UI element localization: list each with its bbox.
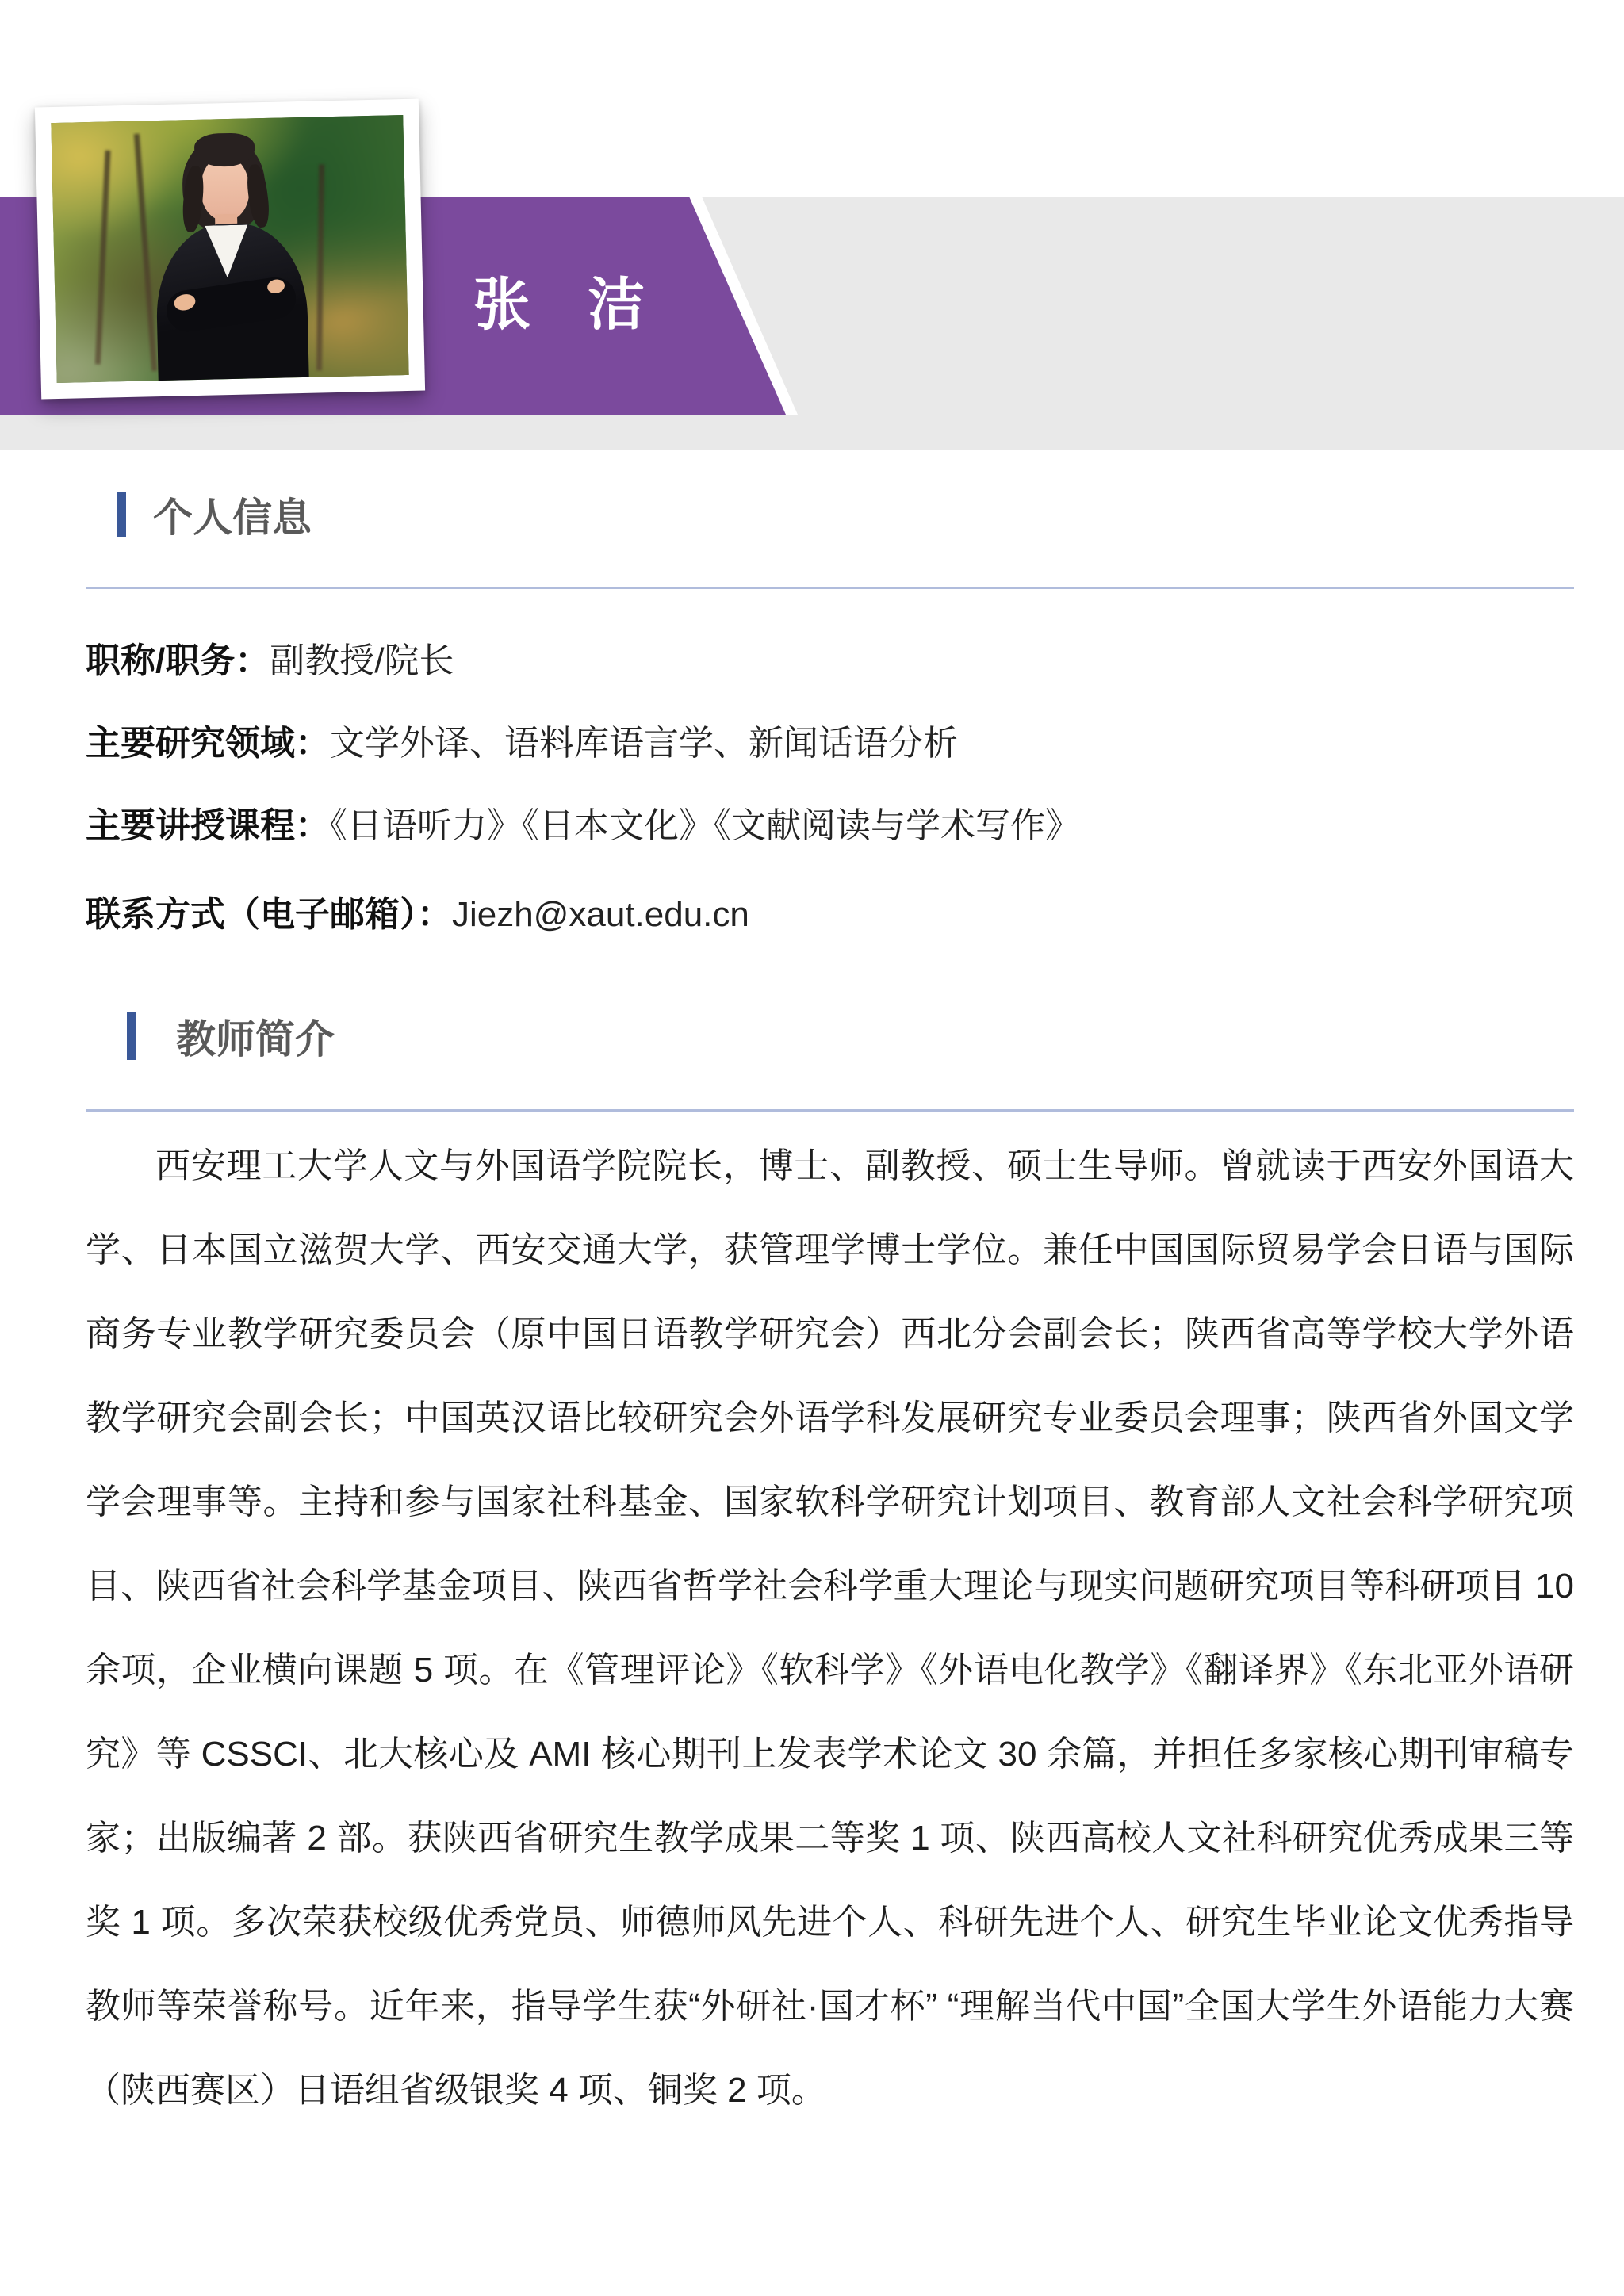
portrait-photo bbox=[51, 115, 408, 383]
section-accent-bar bbox=[117, 492, 126, 537]
section-accent-bar bbox=[127, 1012, 136, 1060]
teacher-name: 张 洁 bbox=[428, 268, 690, 342]
faculty-profile-page: 张 洁 个人信息 bbox=[0, 0, 1624, 2296]
section-divider bbox=[86, 1109, 1574, 1112]
section-header-personal-info: 个人信息 bbox=[117, 492, 312, 537]
info-value-email: Jiezh@xaut.edu.cn bbox=[452, 895, 749, 934]
info-row-contact-email: 联系方式（电子邮箱）：Jiezh@xaut.edu.cn bbox=[86, 893, 749, 937]
section-header-bio: 教师简介 bbox=[127, 1012, 335, 1060]
info-label: 主要讲授课程： bbox=[86, 806, 330, 845]
section-title: 个人信息 bbox=[153, 486, 312, 543]
info-value: 文学外译、语料库语言学、新闻话语分析 bbox=[330, 724, 958, 763]
info-value: 《日语听力》《日本文化》《文献阅读与学术写作》 bbox=[330, 806, 1080, 845]
info-row-position: 职称/职务：副教授/院长 bbox=[86, 639, 454, 683]
info-label: 联系方式（电子邮箱）： bbox=[86, 895, 452, 934]
bio-paragraph: 西安理工大学人文与外国语学院院长，博士、副教授、硕士生导师。曾就读于西安外国语大… bbox=[86, 1124, 1574, 2133]
person-figure bbox=[51, 115, 408, 383]
info-label: 主要研究领域： bbox=[86, 724, 330, 763]
section-title: 教师简介 bbox=[176, 1008, 335, 1065]
section-divider bbox=[86, 587, 1574, 589]
info-value: 副教授/院长 bbox=[270, 641, 454, 680]
info-row-research-fields: 主要研究领域：文学外译、语料库语言学、新闻话语分析 bbox=[86, 721, 958, 766]
info-row-courses: 主要讲授课程：《日语听力》《日本文化》《文献阅读与学术写作》 bbox=[86, 804, 1080, 848]
portrait-photo-frame bbox=[35, 99, 425, 400]
info-label: 职称/职务： bbox=[86, 641, 270, 680]
